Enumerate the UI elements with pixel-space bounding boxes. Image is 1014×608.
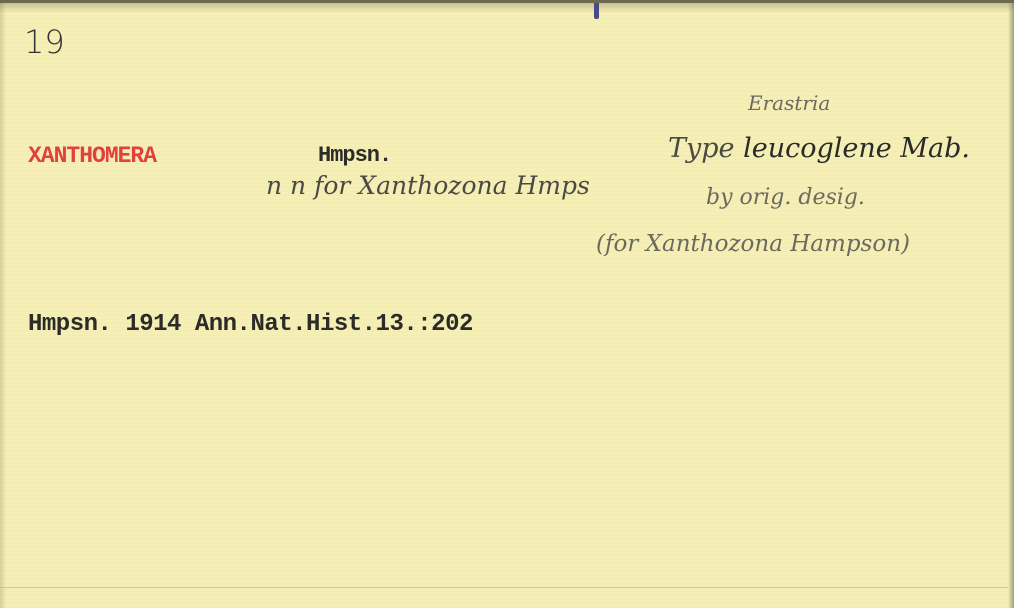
bibliographic-citation: Hmpsn. 1914 Ann.Nat.Hist.13.:202 <box>28 311 473 338</box>
designation-note: by orig. desig. <box>706 185 865 210</box>
type-species: Type leucoglene Mab. <box>668 133 970 164</box>
card-tab-marker <box>594 3 599 19</box>
index-card: 19 XANTHOMERA Hmpsn. n n for Xanthozona … <box>0 0 1014 608</box>
nomen-novum-note: n n for Xanthozona Hmps <box>266 171 590 200</box>
card-bottom-rule <box>0 587 1008 588</box>
type-species-prefix: Type <box>668 133 735 164</box>
replacement-note: (for Xanthozona Hampson) <box>596 231 910 257</box>
type-species-name: leucoglene Mab. <box>743 133 970 164</box>
alternate-genus: Erastria <box>748 91 830 115</box>
genus-name: XANTHOMERA <box>28 143 156 169</box>
card-number: 19 <box>24 23 65 61</box>
genus-author: Hmpsn. <box>318 143 391 168</box>
